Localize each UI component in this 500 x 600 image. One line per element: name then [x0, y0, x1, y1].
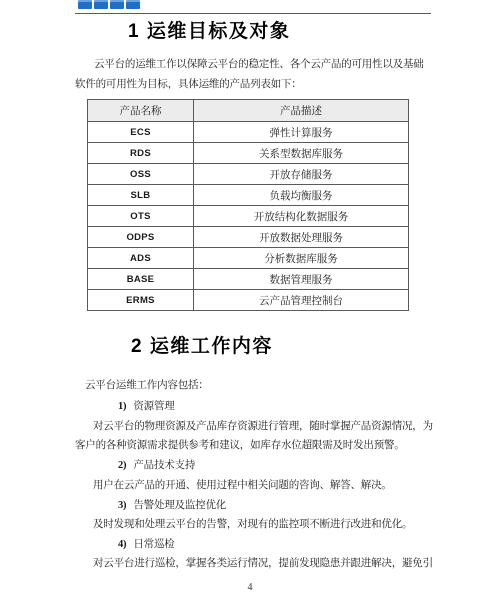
section1-title: 1 运维目标及对象	[128, 22, 290, 41]
product-desc-cell: 开放数据处理服务	[194, 227, 409, 248]
item-desc-line: 及时发现和处理云平台的告警，对现有的监控项不断进行改进和优化。	[93, 515, 412, 535]
item-desc-line: 用户在云产品的开通、使用过程中相关问题的咨询、解答、解决。	[93, 476, 392, 496]
product-desc-cell: 关系型数据库服务	[194, 143, 409, 164]
product-name-cell: OTS	[88, 206, 194, 227]
list-item: 4)日常巡检	[118, 535, 175, 555]
section2-title: 2 运维工作内容	[131, 337, 273, 356]
list-item: 2)产品技术支持	[118, 456, 195, 476]
table-row: ADS 分析数据库服务	[88, 248, 409, 269]
table-row: OTS 开放结构化数据服务	[88, 206, 409, 227]
item-desc-line: 对云平台的物理资源及产品库存资源进行管理，随时掌握产品资源情况，为	[93, 417, 433, 437]
product-name-cell: SLB	[88, 185, 194, 206]
header-divider	[75, 13, 431, 14]
list-item: 1)资源管理	[118, 397, 175, 417]
table-header-row: 产品名称 产品描述	[88, 100, 409, 122]
product-desc-cell: 弹性计算服务	[194, 122, 409, 143]
table-row: RDS 关系型数据库服务	[88, 143, 409, 164]
logo-block	[94, 0, 108, 9]
logo-icon	[78, 0, 140, 9]
item-desc-line: 客户的各种资源需求提供参考和建议，如库存水位超限需及时发出预警。	[75, 436, 405, 456]
table-row: SLB 负载均衡服务	[88, 185, 409, 206]
logo-block	[126, 0, 140, 9]
logo-block	[110, 0, 124, 9]
list-item-label: 日常巡检	[133, 539, 174, 550]
product-name-cell: ERMS	[88, 290, 194, 311]
paragraph-line: 软件的可用性为目标，具体运维的产品列表如下：	[75, 75, 302, 95]
product-desc-cell: 云产品管理控制台	[194, 290, 409, 311]
document-page: 1 运维目标及对象 云平台的运维工作以保障云平台的稳定性、各个云产品的可用性以及…	[0, 0, 500, 600]
list-item-label: 资源管理	[133, 401, 174, 412]
product-desc-cell: 开放结构化数据服务	[194, 206, 409, 227]
product-table: 产品名称 产品描述 ECS 弹性计算服务 RDS 关系型数据库服务 OSS 开放…	[87, 99, 409, 311]
product-name-cell: RDS	[88, 143, 194, 164]
list-item-number: 2)	[118, 460, 126, 471]
paragraph-line: 云平台的运维工作以保障云平台的稳定性、各个云产品的可用性以及基础	[94, 55, 424, 75]
product-name-cell: BASE	[88, 269, 194, 290]
table-header-product-desc: 产品描述	[194, 100, 409, 122]
table-row: ERMS 云产品管理控制台	[88, 290, 409, 311]
table-header-product-name: 产品名称	[88, 100, 194, 122]
product-desc-cell: 分析数据库服务	[194, 248, 409, 269]
product-desc-cell: 开放存储服务	[194, 164, 409, 185]
list-item-number: 3)	[118, 500, 126, 511]
product-name-cell: ECS	[88, 122, 194, 143]
product-desc-cell: 负载均衡服务	[194, 185, 409, 206]
page-number: 4	[0, 581, 500, 595]
product-desc-cell: 数据管理服务	[194, 269, 409, 290]
list-item-label: 告警处理及监控优化	[133, 500, 226, 511]
table-row: BASE 数据管理服务	[88, 269, 409, 290]
table-row: ECS 弹性计算服务	[88, 122, 409, 143]
section2-intro: 云平台运维工作内容包括：	[85, 376, 209, 396]
item-desc-line: 对云平台进行巡检，掌握各类运行情况，提前发现隐患并跟进解决，避免引	[93, 554, 433, 574]
list-item-number: 4)	[118, 539, 126, 550]
logo-block	[78, 0, 92, 9]
product-name-cell: ODPS	[88, 227, 194, 248]
product-name-cell: OSS	[88, 164, 194, 185]
list-item-number: 1)	[118, 401, 126, 412]
product-name-cell: ADS	[88, 248, 194, 269]
table-row: ODPS 开放数据处理服务	[88, 227, 409, 248]
table-row: OSS 开放存储服务	[88, 164, 409, 185]
list-item-label: 产品技术支持	[133, 460, 195, 471]
list-item: 3)告警处理及监控优化	[118, 496, 226, 516]
